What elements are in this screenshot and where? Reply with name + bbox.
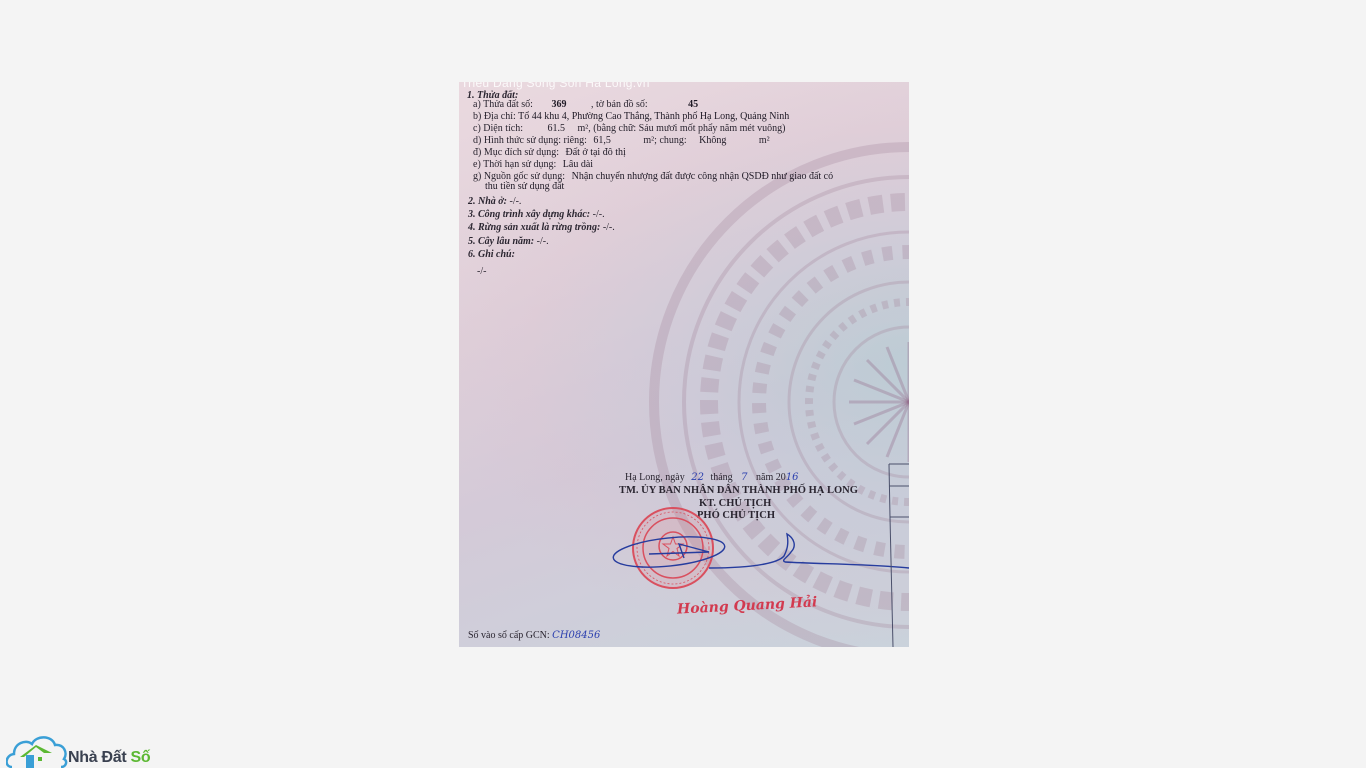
purpose-row: đ) Mục đích sử dụng: Đất ở tại đô thị	[473, 147, 626, 159]
place-date-line: Hạ Long, ngày 22 tháng 7 năm 2016	[625, 472, 799, 484]
section-3-value: -/-.	[593, 209, 605, 220]
brand-name[interactable]: Nhà Đất Số	[68, 749, 150, 767]
brand-name-accent: Số	[131, 749, 151, 766]
section-6-label: 6. Ghi chú:	[468, 249, 515, 260]
term-value: Lâu dài	[563, 159, 593, 170]
handwritten-signature-icon	[609, 522, 909, 582]
registry-label: Số vào sổ cấp GCN:	[468, 630, 550, 641]
address-row: b) Địa chỉ: Tổ 44 khu 4, Phường Cao Thắn…	[473, 111, 789, 123]
house-icon	[26, 755, 34, 768]
parcel-number-value: 369	[551, 99, 566, 110]
shared-area-unit: m²	[759, 135, 770, 146]
origin-value: Nhận chuyển nhượng đất được công nhận QS…	[572, 171, 834, 182]
land-certificate-image: Trieu Dang Song Son Ha Long.vn 1. Thửa đ…	[459, 82, 909, 647]
registry-row: Số vào sổ cấp GCN: CH08456	[468, 630, 600, 642]
area-value: 61.5	[547, 123, 565, 134]
section-4-row: 4. Rừng sản xuất là rừng trồng: -/-.	[468, 222, 615, 234]
term-row: e) Thời hạn sử dụng: Lâu dài	[473, 159, 593, 171]
term-label: e) Thời hạn sử dụng:	[473, 159, 556, 170]
cloud-icon	[7, 737, 67, 767]
section-4-label: 4. Rừng sản xuất là rừng trồng:	[468, 222, 600, 233]
border-table-lines	[887, 462, 909, 647]
parcel-number-row: a) Thửa đất số: 369 , tờ bản đồ số: 45	[473, 99, 698, 111]
section-5-label: 5. Cây lâu năm:	[468, 236, 534, 247]
area-label: c) Diện tích:	[473, 123, 523, 134]
usage-form-label: d) Hình thức sử dụng: riêng:	[473, 135, 587, 146]
roof-icon	[20, 745, 52, 757]
address-value: Tổ 44 khu 4, Phường Cao Thắng, Thành phố…	[518, 111, 789, 122]
usage-form-row: d) Hình thức sử dụng: riêng: 61,5 m²; ch…	[473, 135, 770, 147]
section-2-row: 2. Nhà ở: -/-.	[468, 196, 521, 208]
purpose-label: đ) Mục đích sử dụng:	[473, 147, 559, 158]
issue-month: 7	[741, 472, 747, 483]
month-label: tháng	[710, 472, 732, 483]
shared-area-value: Không	[699, 135, 726, 146]
section-3-label: 3. Công trình xây dựng khác:	[468, 209, 590, 220]
year-label: năm 20	[756, 472, 786, 483]
section-6-row: 6. Ghi chú:	[468, 249, 515, 261]
issue-day: 22	[691, 472, 704, 483]
issuing-authority: TM. ỦY BAN NHÂN DÂN THÀNH PHỐ HẠ LONG	[619, 485, 858, 497]
private-area-value: 61,5	[593, 135, 611, 146]
watermark-text: Trieu Dang Song Son Ha Long.vn	[461, 82, 650, 90]
section-2-value: -/-.	[509, 196, 521, 207]
map-sheet-value: 45	[688, 99, 698, 110]
section-6-value: -/-	[477, 266, 486, 278]
registry-number: CH08456	[552, 630, 600, 641]
brand-name-main: Nhà Đất	[68, 749, 131, 766]
section-2-label: 2. Nhà ở:	[468, 196, 507, 207]
area-in-words: m², (bằng chữ: Sáu mươi mốt phẩy năm mét…	[577, 123, 785, 134]
section-5-value: -/-.	[537, 236, 549, 247]
section-3-row: 3. Công trình xây dựng khác: -/-.	[468, 209, 605, 221]
map-sheet-label: , tờ bản đồ số:	[591, 99, 648, 110]
shared-area-label: m²; chung:	[643, 135, 686, 146]
address-label: b) Địa chỉ:	[473, 111, 516, 122]
issue-year-suffix: 16	[786, 472, 799, 483]
purpose-value: Đất ở tại đô thị	[565, 147, 625, 158]
origin-value-continued: thu tiền sử dụng đất	[485, 181, 564, 193]
place-date-prefix: Hạ Long, ngày	[625, 472, 685, 483]
section-4-value: -/-.	[603, 222, 615, 233]
area-row: c) Diện tích: 61.5 m², (bằng chữ: Sáu mư…	[473, 123, 785, 135]
parcel-number-label: a) Thửa đất số:	[473, 99, 533, 110]
section-5-row: 5. Cây lâu năm: -/-.	[468, 236, 549, 248]
